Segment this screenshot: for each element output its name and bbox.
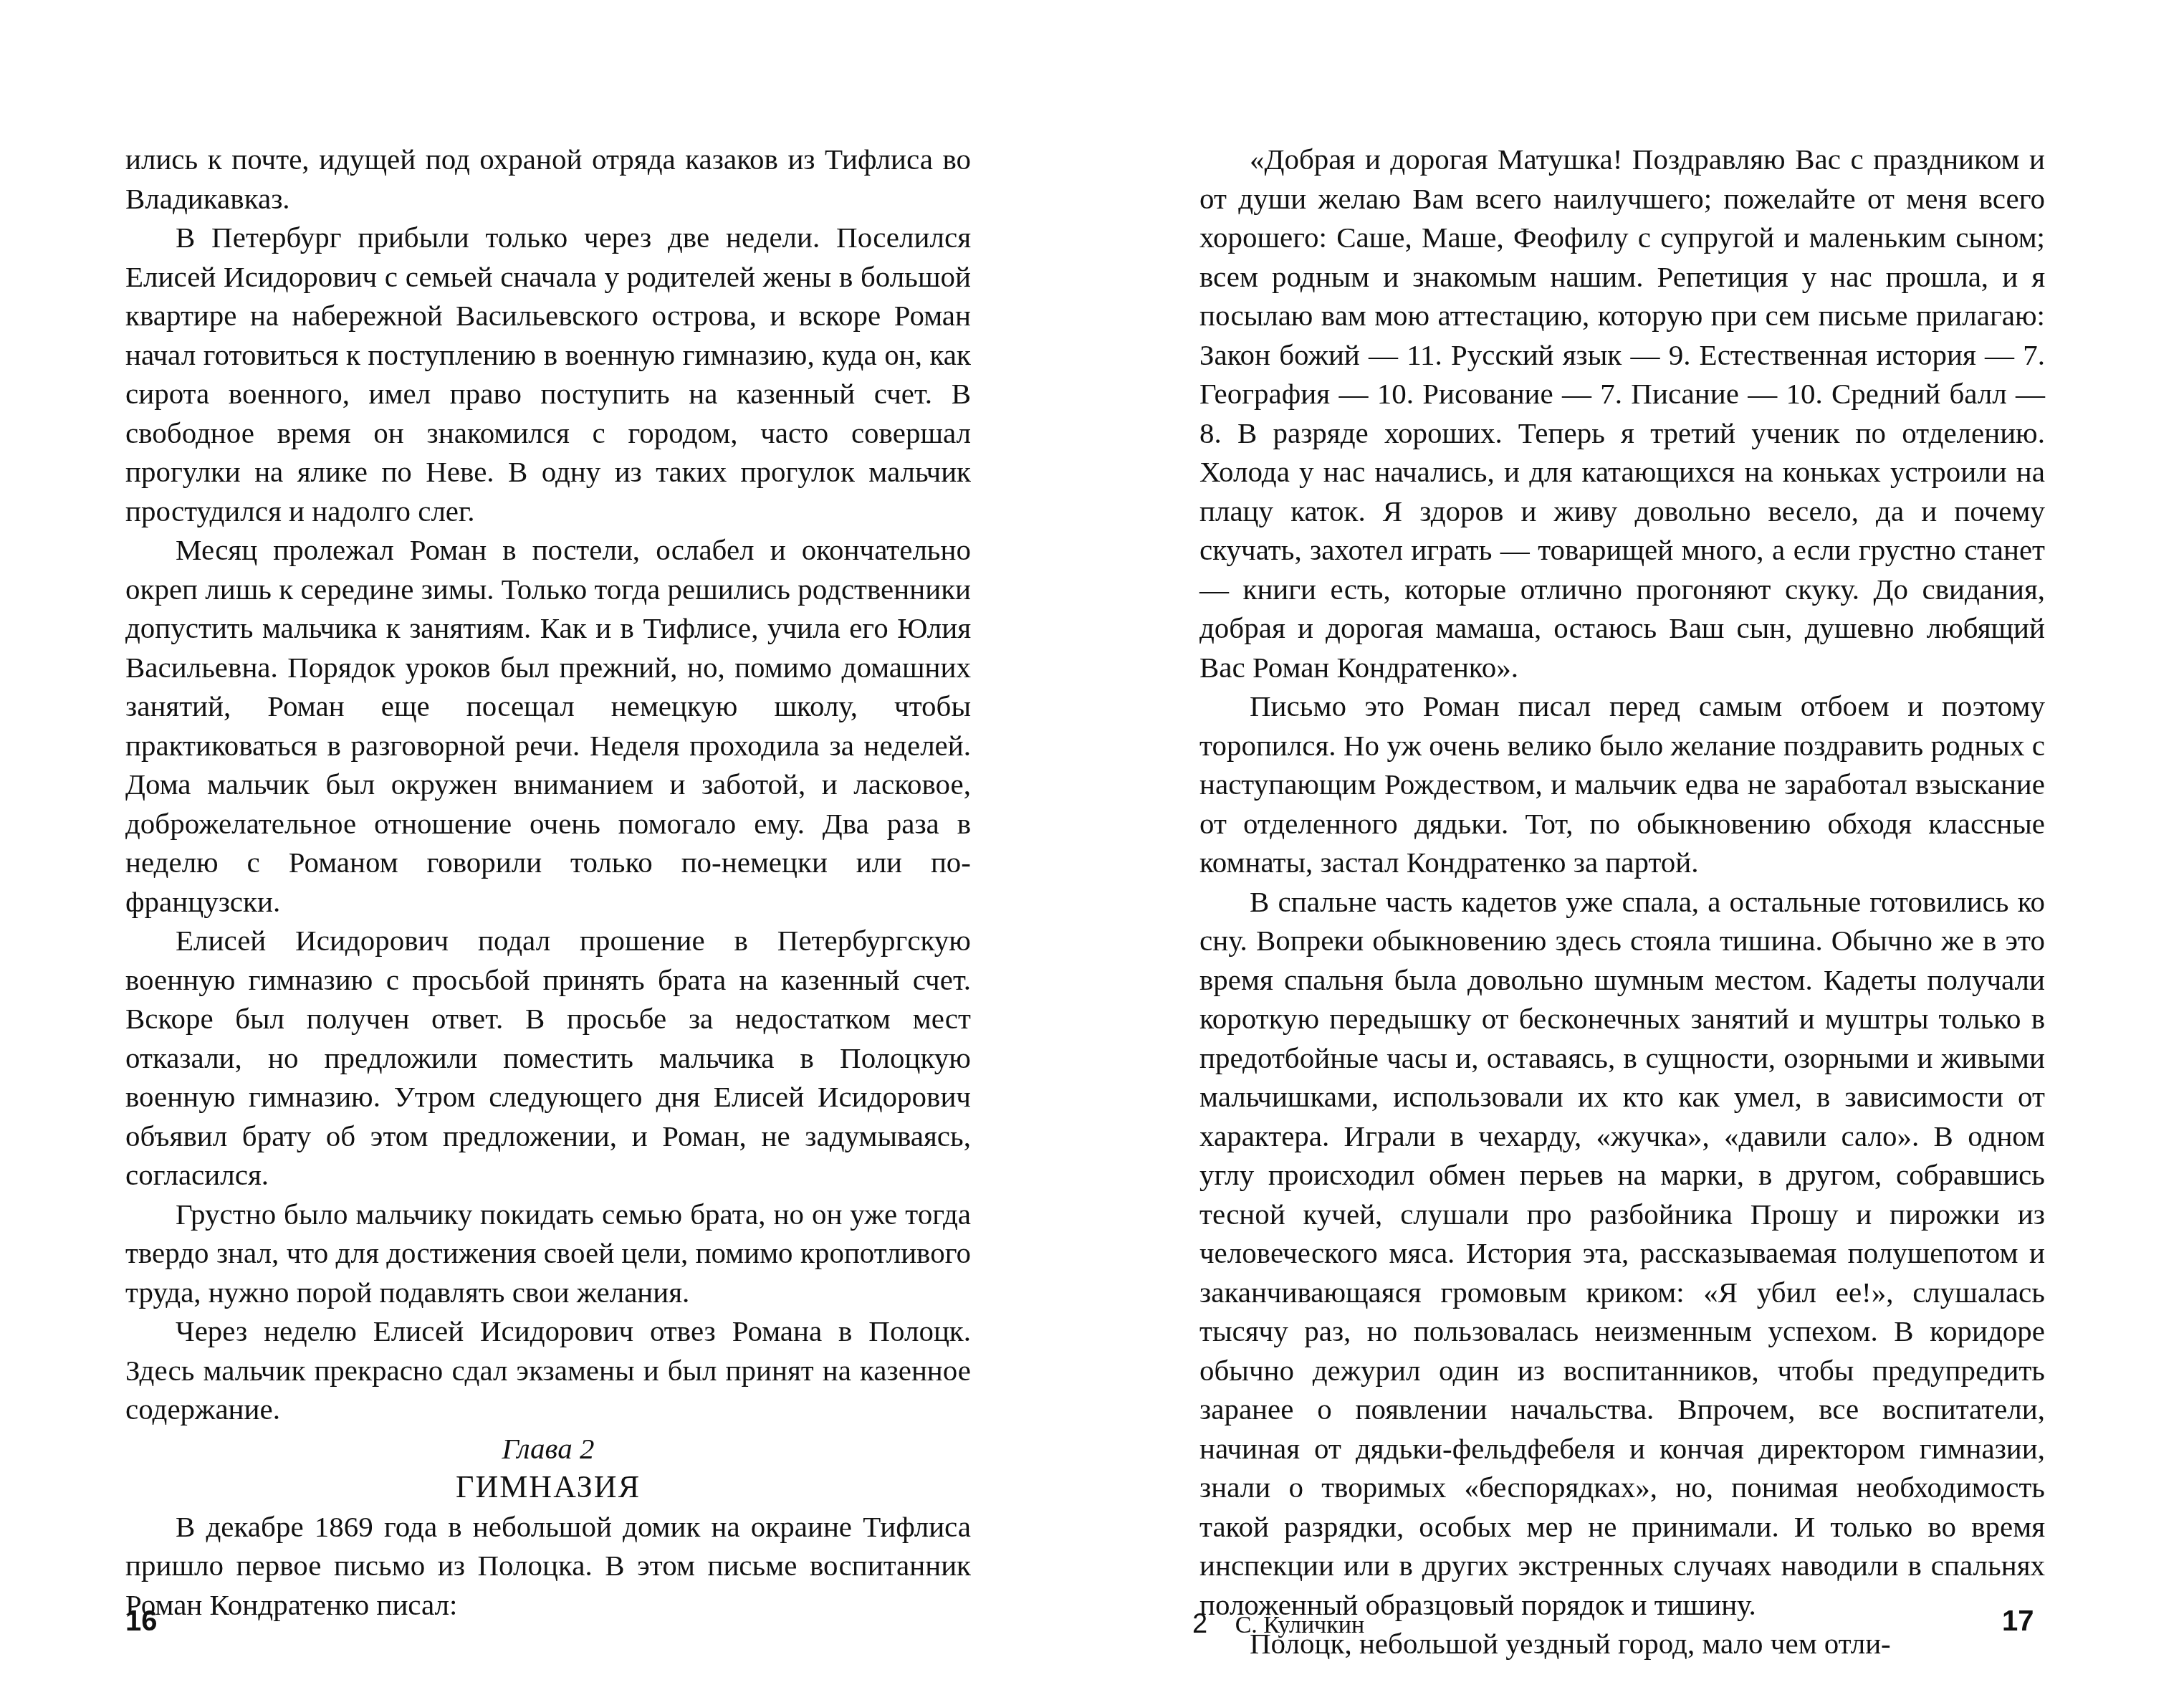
signature-author: С. Куличкин bbox=[1235, 1612, 1364, 1638]
right-text-column: «Добрая и дорогая Матушка! Поздравляю Ва… bbox=[1199, 140, 2045, 1663]
paragraph: В спальне часть кадетов уже спала, а ост… bbox=[1199, 882, 2045, 1625]
signature-number: 2 bbox=[1192, 1609, 1207, 1639]
paragraph: ились к почте, идущей под охраной отряда… bbox=[125, 140, 971, 218]
page-number-left: 16 bbox=[125, 1605, 158, 1638]
paragraph: В Петербург прибыли только через две нед… bbox=[125, 218, 971, 530]
printer-signature: 2 С. Куличкин bbox=[1192, 1609, 1364, 1640]
paragraph: Письмо это Роман писал перед самым отбое… bbox=[1199, 687, 2045, 882]
chapter-title: ГИМНАЗИЯ bbox=[125, 1468, 971, 1507]
page-number-right: 17 bbox=[2002, 1605, 2034, 1638]
paragraph: Грустно было мальчику покидать семью бра… bbox=[125, 1195, 971, 1312]
paragraph: Месяц пролежал Роман в постели, ослабел … bbox=[125, 530, 971, 921]
left-text-column: ились к почте, идущей под охраной отряда… bbox=[125, 140, 971, 1624]
paragraph: «Добрая и дорогая Матушка! Поздравляю Ва… bbox=[1199, 140, 2045, 687]
chapter-number: Глава 2 bbox=[125, 1429, 971, 1469]
paragraph: Через неделю Елисей Исидорович отвез Ром… bbox=[125, 1312, 971, 1429]
paragraph: Елисей Исидорович подал прошение в Петер… bbox=[125, 921, 971, 1195]
left-page: ились к почте, идущей под охраной отряда… bbox=[0, 0, 1092, 1695]
right-page: «Добрая и дорогая Матушка! Поздравляю Ва… bbox=[1092, 0, 2184, 1695]
paragraph: В декабре 1869 года в небольшой домик на… bbox=[125, 1507, 971, 1625]
